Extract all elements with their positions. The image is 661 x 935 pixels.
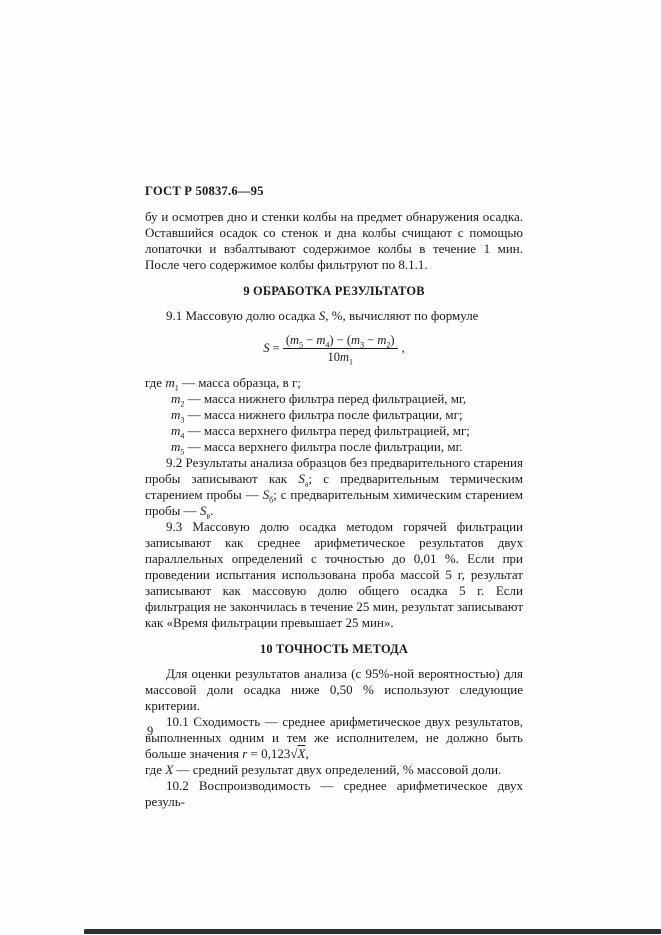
- document-header: ГОСТ Р 50837.6—95: [145, 183, 523, 199]
- formula-denominator: 10m1: [283, 349, 398, 364]
- paragraph-9-1-text: 9.1 Массовую долю осадка: [166, 308, 319, 323]
- paragraph-10-intro: Для оценки результатов анализа (с 95%-но…: [145, 666, 523, 714]
- paragraph-9-1: 9.1 Массовую долю осадка S, %, вычисляют…: [145, 308, 523, 324]
- definition-row-m3: m3 — масса нижнего фильтра после фильтра…: [171, 407, 523, 423]
- definition-row-m5: m5 — масса верхнего фильтра после фильтр…: [171, 439, 523, 455]
- definition-row-m4: m4 — масса верхнего фильтра перед фильтр…: [171, 423, 523, 439]
- formula: S = (m5 − m4) − (m3 − m2)10m1,: [145, 333, 523, 365]
- paragraph-9-2: 9.2 Результаты анализа образцов без пред…: [145, 455, 523, 519]
- section-9-heading: 9 ОБРАБОТКА РЕЗУЛЬТАТОВ: [145, 283, 523, 299]
- equals-sign: =: [270, 341, 283, 355]
- scan-edge-line: [84, 929, 661, 934]
- paragraph-10-where: где X — средний результат двух определен…: [145, 762, 523, 778]
- page-number: 9: [147, 724, 153, 739]
- definition-row-m2: m2 — масса нижнего фильтра перед фильтра…: [171, 391, 523, 407]
- text-block: ГОСТ Р 50837.6—95 бу и осмотрев дно и ст…: [145, 183, 523, 810]
- section-10-heading: 10 ТОЧНОСТЬ МЕТОДА: [145, 641, 523, 657]
- scanned-document-page: ГОСТ Р 50837.6—95 бу и осмотрев дно и ст…: [0, 0, 661, 935]
- paragraph-10-1: 10.1 Сходимость — среднее арифметическое…: [145, 714, 523, 762]
- where-label: где: [145, 375, 165, 390]
- definition-row-m1: где m1 — масса образца, в г;: [171, 375, 523, 391]
- paragraph-9-3: 9.3 Массовую долю осадка методом горячей…: [145, 519, 523, 631]
- formula-numerator: (m5 − m4) − (m3 − m2): [283, 333, 398, 349]
- formula-trailing-comma: ,: [402, 341, 405, 355]
- paragraph-9-1-text-end: , %, вычисляют по формуле: [325, 308, 478, 323]
- intro-paragraph: бу и осмотрев дно и стенки колбы на пред…: [145, 209, 523, 273]
- paragraph-10-2: 10.2 Воспроизводимость — среднее арифмет…: [145, 778, 523, 810]
- definitions-list: где m1 — масса образца, в г; m2 — масса …: [145, 375, 523, 455]
- formula-fraction: (m5 − m4) − (m3 − m2)10m1: [283, 333, 398, 365]
